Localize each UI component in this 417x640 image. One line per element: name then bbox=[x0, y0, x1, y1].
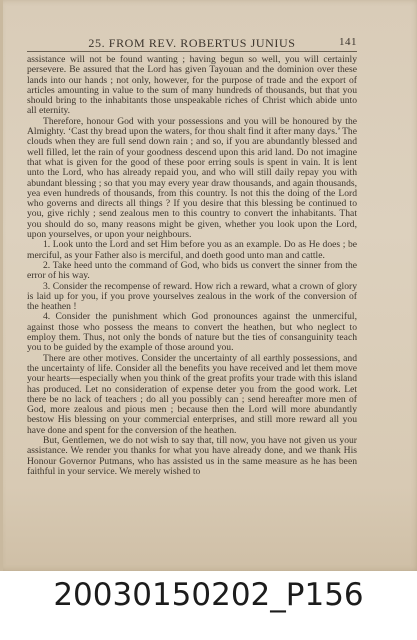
paragraph: There are other motives. Consider the un… bbox=[27, 354, 357, 436]
paragraph: But, Gentlemen, we do not wish to say th… bbox=[27, 436, 357, 477]
body-text: assistance will not be found wanting ; h… bbox=[27, 55, 357, 477]
paragraph: assistance will not be found wanting ; h… bbox=[27, 55, 357, 117]
page-number: 141 bbox=[339, 36, 357, 48]
paragraph: Therefore, honour God with your possessi… bbox=[27, 117, 357, 241]
paragraph: 3. Consider the recompense of reward. Ho… bbox=[27, 282, 357, 313]
paragraph: 4. Consider the punishment which God pro… bbox=[27, 312, 357, 353]
image-id-caption: 20030150202_P156 bbox=[0, 575, 417, 615]
paragraph: 2. Take heed unto the command of God, wh… bbox=[27, 261, 357, 282]
running-head: 25. FROM REV. ROBERTUS JUNIUS 141 bbox=[27, 36, 357, 50]
paragraph: 1. Look unto the Lord and set Him before… bbox=[27, 240, 357, 261]
header-rule bbox=[27, 51, 357, 52]
chapter-title: 25. FROM REV. ROBERTUS JUNIUS bbox=[27, 36, 357, 51]
book-page: 25. FROM REV. ROBERTUS JUNIUS 141 assist… bbox=[0, 0, 417, 571]
